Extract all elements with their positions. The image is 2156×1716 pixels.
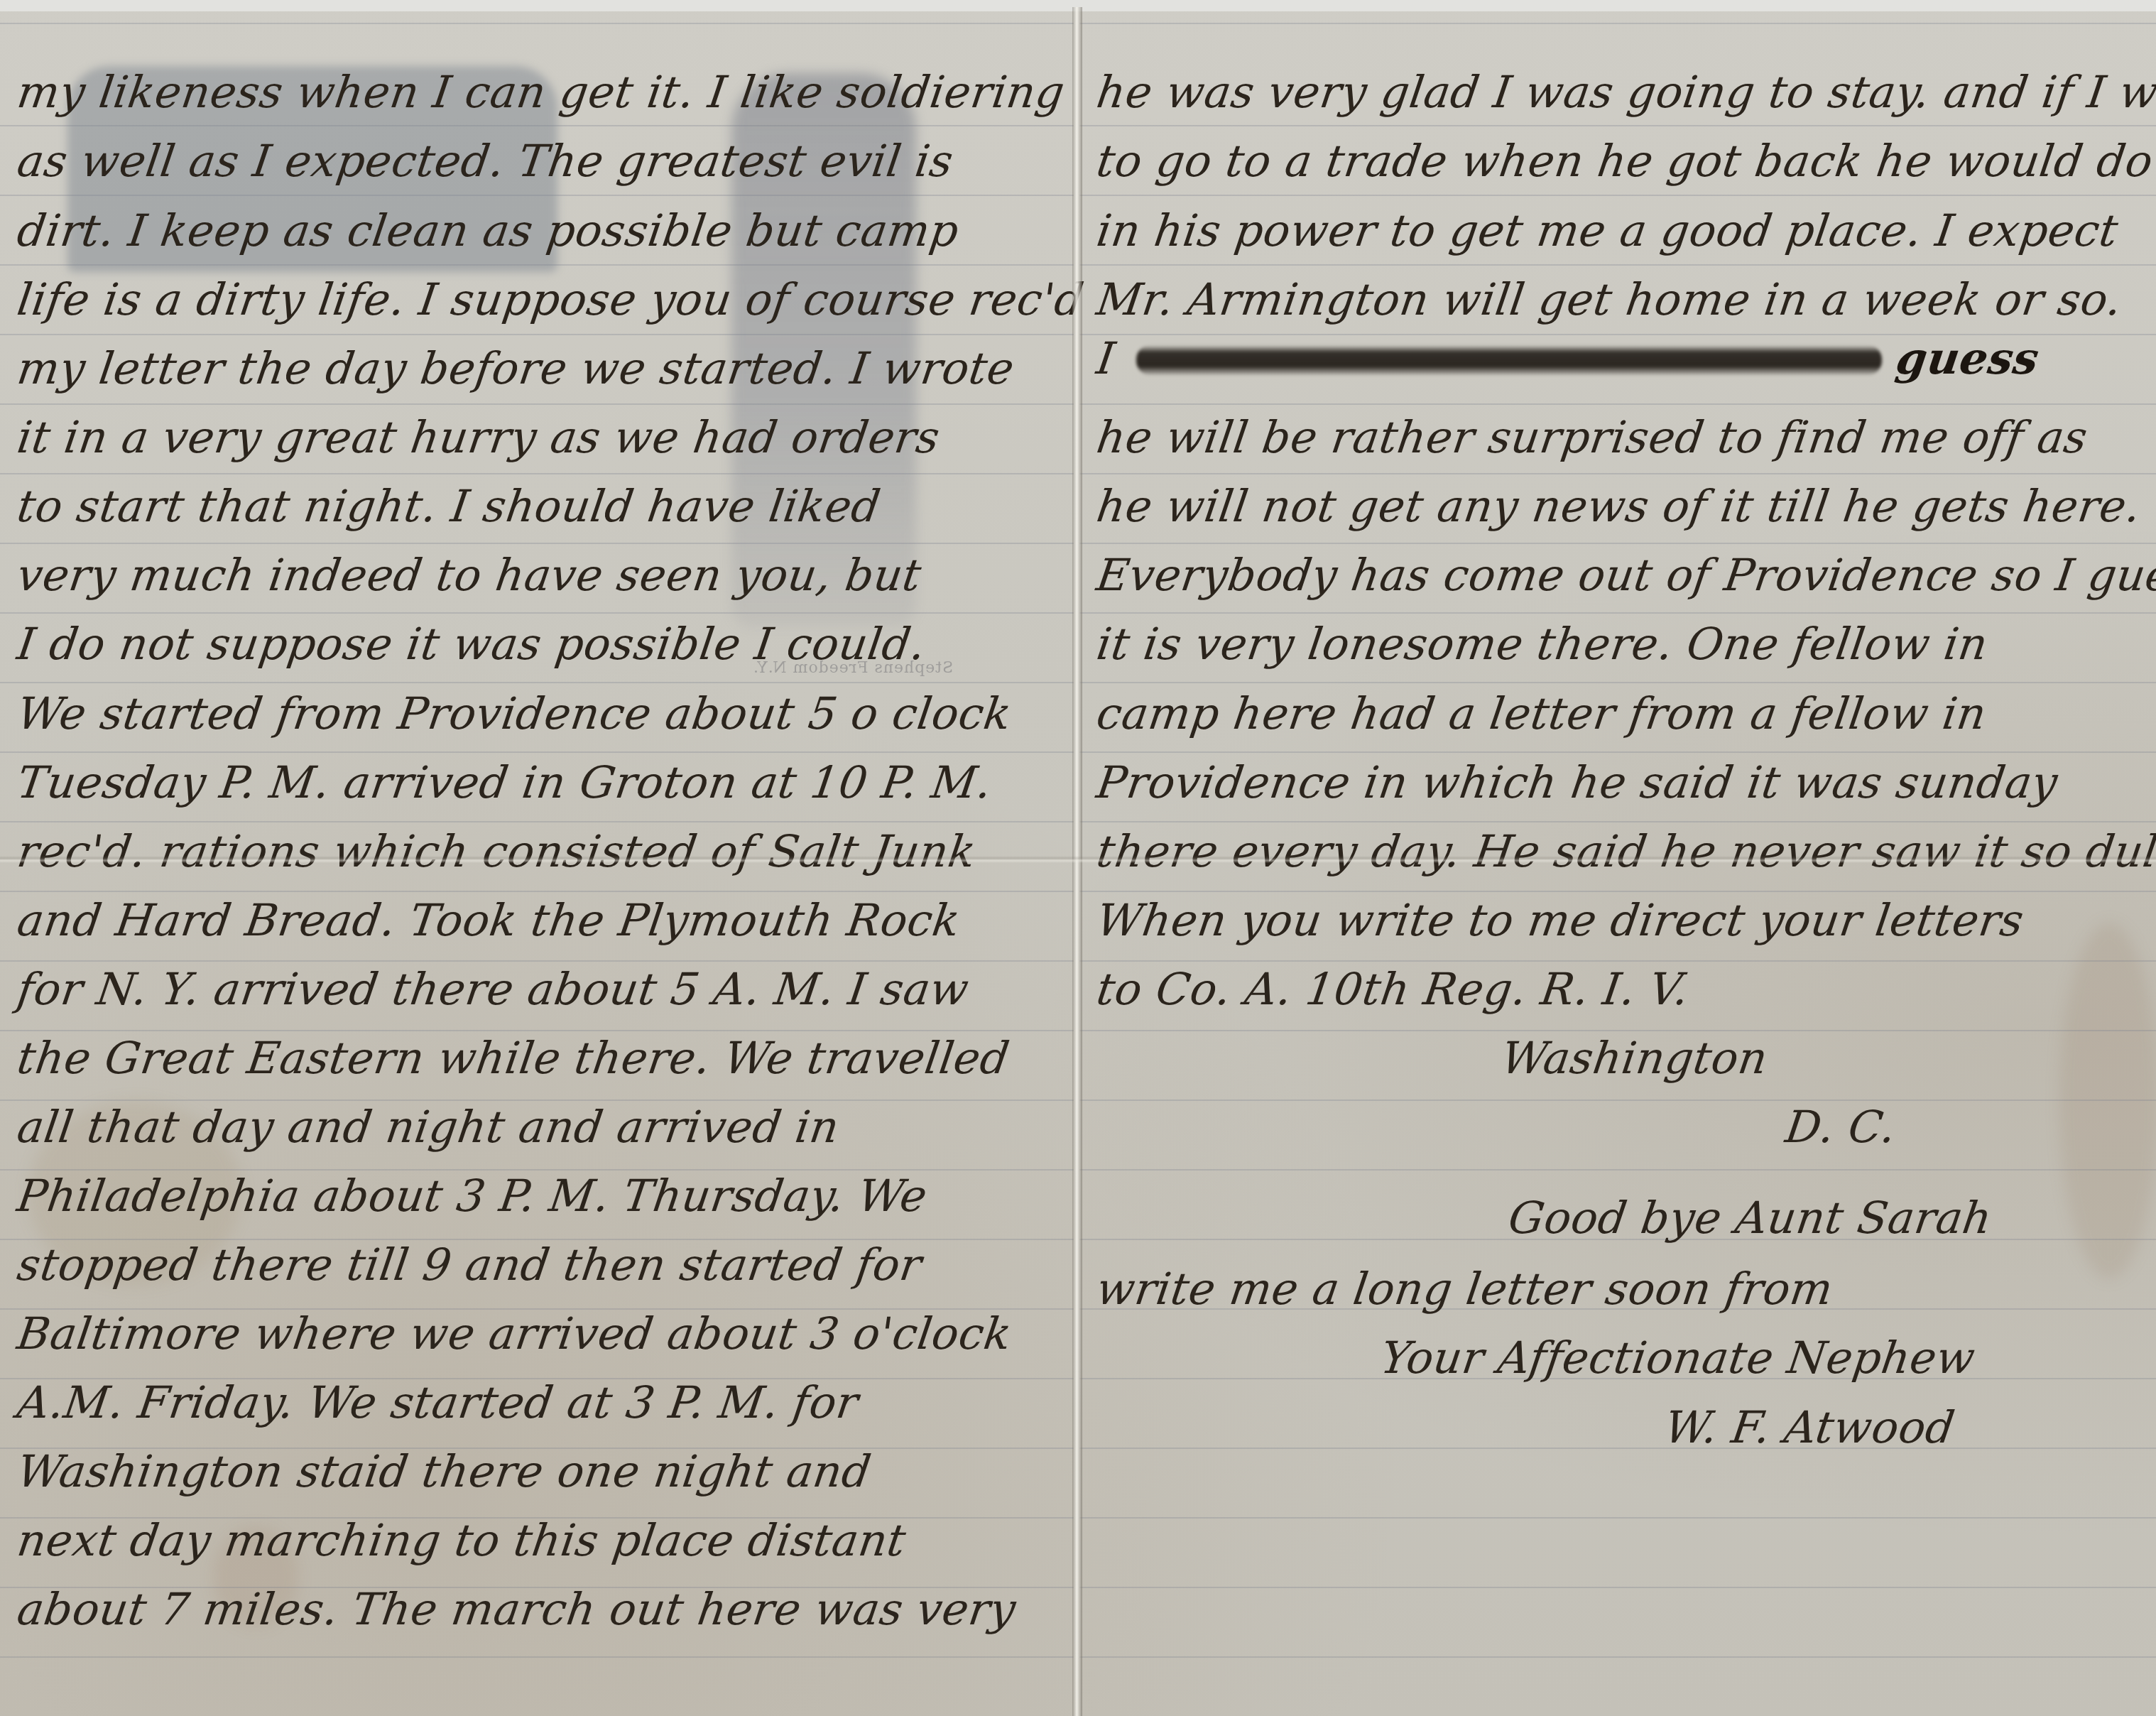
struck-line-start: I bbox=[1094, 332, 1118, 384]
letter-line: A.M. Friday. We started at 3 P. M. for bbox=[14, 1376, 862, 1428]
letter-line: my letter the day before we started. I w… bbox=[14, 342, 1018, 394]
letter-line: he will be rather surprised to find me o… bbox=[1094, 411, 2091, 463]
letter-line: it in a very great hurry as we had order… bbox=[14, 411, 943, 463]
letter-line: We started from Providence about 5 o clo… bbox=[14, 688, 1015, 739]
letter-line: Washington staid there one night and bbox=[14, 1445, 874, 1497]
letter-line: Mr. Armington will get home in a week or… bbox=[1094, 273, 2125, 325]
letter-line: Philadelphia about 3 P. M. Thursday. We bbox=[14, 1170, 930, 1222]
closing: Good bye Aunt Sarah bbox=[1506, 1192, 1996, 1244]
letter-line: very much indeed to have seen you, but bbox=[14, 549, 925, 601]
ink-blackout bbox=[1136, 345, 1882, 375]
letter-line: dirt. I keep as clean as possible but ca… bbox=[14, 205, 962, 256]
address-district: D. C. bbox=[1782, 1101, 1900, 1153]
letter-line: he will not get any news of it till he g… bbox=[1094, 480, 2144, 532]
letter-line: life is a dirty life. I suppose you of c… bbox=[14, 273, 1087, 325]
letter-line: to start that night. I should have liked bbox=[14, 480, 884, 532]
letter-line: I do not suppose it was possible I could… bbox=[14, 618, 929, 670]
letter-line: Providence in which he said it was sunda… bbox=[1094, 756, 2061, 808]
postscript: write me a long letter soon from bbox=[1094, 1263, 1836, 1315]
letter-line: in his power to get me a good place. I e… bbox=[1094, 205, 2121, 256]
letter-line: it is very lonesome there. One fellow in bbox=[1094, 618, 1991, 670]
horizontal-fold bbox=[0, 856, 2156, 863]
letter-line: my likeness when I can get it. I like so… bbox=[14, 66, 1068, 118]
letter-line: next day marching to this place distant bbox=[14, 1514, 909, 1566]
letter-line: to Co. A. 10th Reg. R. I. V. bbox=[1094, 963, 1692, 1015]
letter-line: and Hard Bread. Took the Plymouth Rock bbox=[14, 894, 964, 946]
letter-line: to go to a trade when he got back he wou… bbox=[1094, 135, 2156, 187]
letter-line: the Great Eastern while there. We travel… bbox=[14, 1032, 1013, 1084]
right-page: he was very glad I was going to stay. an… bbox=[1079, 13, 2156, 1716]
letter-line: When you write to me direct your letters bbox=[1094, 894, 2027, 946]
letter-line: there every day. He said he never saw it… bbox=[1094, 825, 2156, 877]
letter-line: for N. Y. arrived there about 5 A. M. I … bbox=[14, 963, 972, 1015]
letter-scan: Stephens Freedom N.Y. my likeness when I… bbox=[0, 0, 2156, 1716]
letter-line: all that day and night and arrived in bbox=[14, 1101, 842, 1153]
struck-line-guess: guess bbox=[1893, 332, 2042, 384]
letter-line: camp here had a letter from a fellow in bbox=[1094, 688, 1990, 739]
letter-line: Everybody has come out of Providence so … bbox=[1094, 549, 2156, 601]
signature: W. F. Atwood bbox=[1662, 1401, 1958, 1453]
letter-line: he was very glad I was going to stay. an… bbox=[1094, 66, 2156, 118]
letter-line: about 7 miles. The march out here was ve… bbox=[14, 1583, 1019, 1635]
valediction: Your Affectionate Nephew bbox=[1378, 1332, 1978, 1384]
left-page: Stephens Freedom N.Y. my likeness when I… bbox=[0, 13, 1074, 1716]
letter-line: Baltimore where we arrived about 3 o'clo… bbox=[14, 1308, 1015, 1359]
address-city: Washington bbox=[1498, 1032, 1771, 1084]
letter-line: as well as I expected. The greatest evil… bbox=[14, 135, 957, 187]
letter-line: Tuesday P. M. arrived in Groton at 10 P.… bbox=[14, 756, 995, 808]
letter-line: rec'd. rations which consisted of Salt J… bbox=[14, 825, 979, 877]
letter-line: stopped there till 9 and then started fo… bbox=[14, 1239, 925, 1291]
